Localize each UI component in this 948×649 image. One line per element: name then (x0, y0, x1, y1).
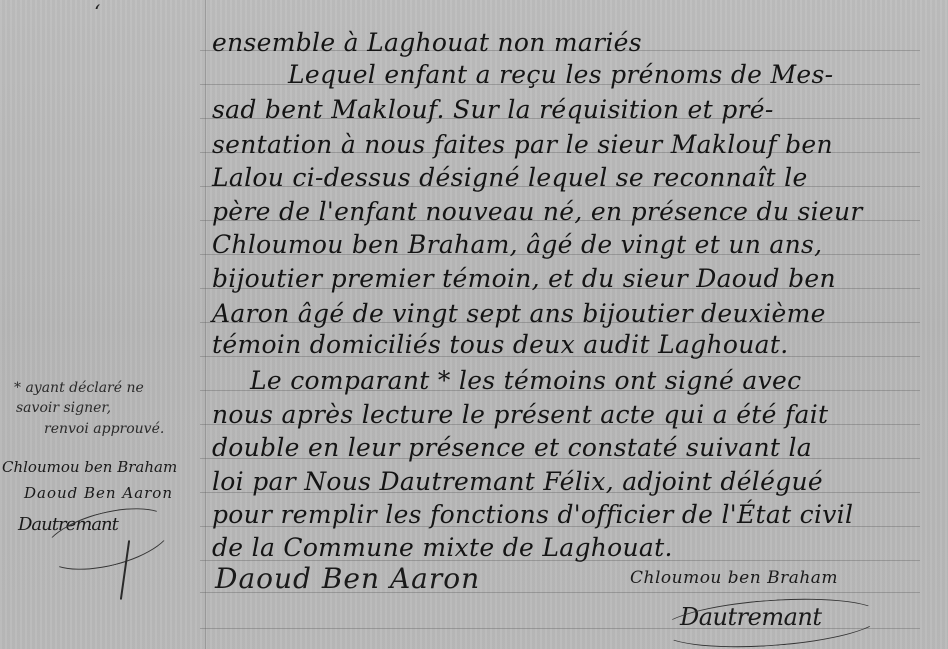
signature-chloumou-ben-braham: Chloumou ben Braham (630, 568, 838, 588)
margin-line (205, 0, 206, 649)
margin-note-line-1: * ayant déclaré ne (14, 380, 144, 396)
body-line-14: loi par Nous Dautremant Félix, adjoint d… (212, 467, 823, 496)
margin-note-line-3: renvoi approuvé. (44, 421, 164, 437)
body-line-15: pour remplir les fonctions d'officier de… (212, 500, 853, 529)
body-line-11: Le comparant * les témoins ont signé ave… (250, 366, 801, 395)
body-line-9: Aaron âgé de vingt sept ans bijoutier de… (212, 299, 826, 328)
body-line-8: bijoutier premier témoin, et du sieur Da… (212, 264, 836, 293)
body-line-10: témoin domiciliés tous deux audit Laghou… (212, 330, 788, 359)
body-line-2: Lequel enfant a reçu les prénoms de Mes- (288, 60, 833, 89)
body-line-13: double en leur présence et constaté suiv… (212, 433, 812, 462)
body-line-16: de la Commune mixte de Laghouat. (212, 533, 673, 562)
body-line-12: nous après lecture le présent acte qui a… (212, 400, 828, 429)
body-line-6: père de l'enfant nouveau né, en présence… (212, 197, 863, 226)
margin-note-line-2: savoir signer, (16, 400, 111, 416)
signature-daoud-ben-aaron: Daoud Ben Aaron (215, 562, 480, 595)
body-line-5: Lalou ci-dessus désigné lequel se reconn… (212, 163, 808, 192)
margin-signature-daoud: Daoud Ben Aaron (24, 484, 173, 502)
body-line-1: ensemble à Laghouat non mariés (212, 28, 642, 57)
margin-signature-chloumou: Chloumou ben Braham (2, 458, 177, 476)
ink-mark: ʻ (94, 0, 100, 24)
body-line-4: sentation à nous faites par le sieur Mak… (212, 130, 833, 159)
body-line-7: Chloumou ben Braham, âgé de vingt et un … (212, 230, 822, 259)
body-line-3: sad bent Maklouf. Sur la réquisition et … (212, 95, 774, 124)
